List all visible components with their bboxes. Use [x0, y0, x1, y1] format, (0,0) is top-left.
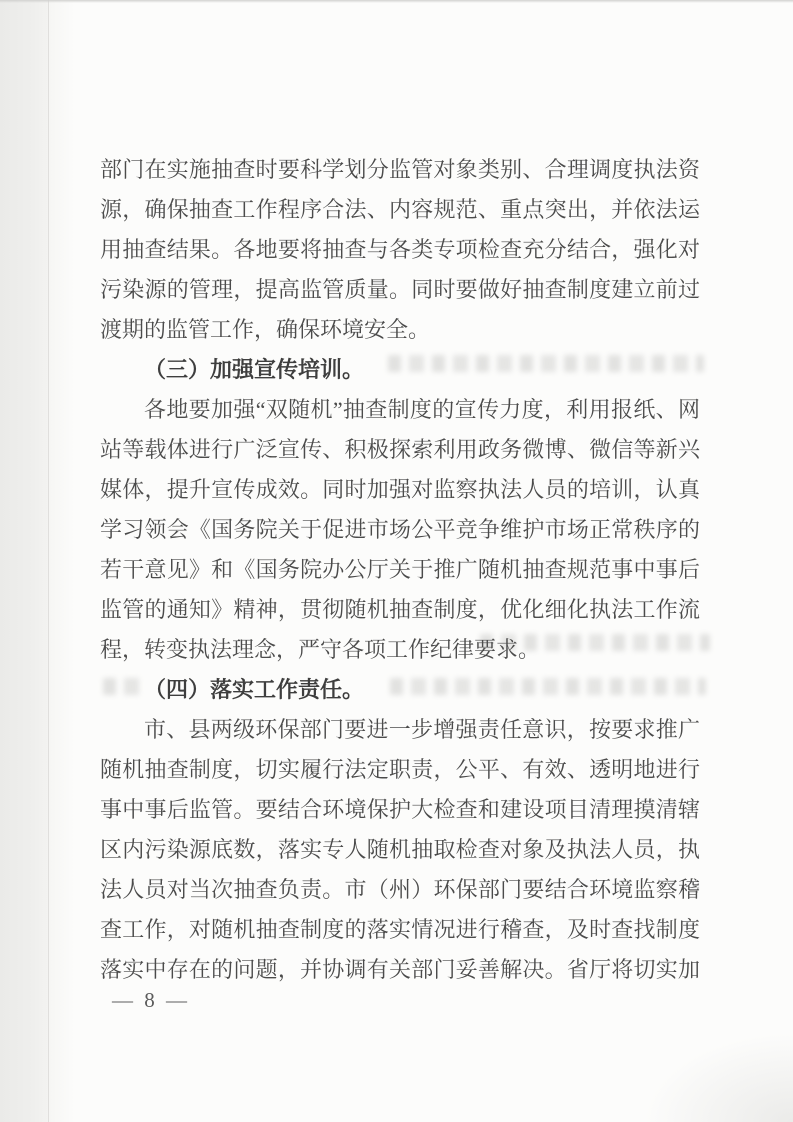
scan-corner-noise — [643, 1032, 793, 1122]
text-line: 法人员对当次抽查负责。市（州）环保部门要结合环境监察稽 — [100, 870, 700, 910]
section-heading-4: （四）落实工作责任。 — [100, 670, 700, 710]
text-line: 事中事后监管。要结合环境保护大检查和建设项目清理摸清辖 — [100, 790, 700, 830]
text-line: 用抽查结果。各地要将抽查与各类专项检查充分结合，强化对 — [100, 230, 700, 270]
scanned-document-page: 部门在实施抽查时要科学划分监管对象类别、合理调度执法资 源，确保抽查工作程序合法… — [0, 0, 793, 1122]
text-line: 程，转变执法理念，严守各项工作纪律要求。 — [100, 630, 700, 670]
text-line: 若干意见》和《国务院办公厅关于推广随机抽查规范事中事后 — [100, 550, 700, 590]
document-body: 部门在实施抽查时要科学划分监管对象类别、合理调度执法资 源，确保抽查工作程序合法… — [100, 150, 700, 990]
text-line: 随机抽查制度，切实履行法定职责，公平、有效、透明地进行 — [100, 750, 700, 790]
scan-left-edge-shadow — [0, 0, 49, 1122]
paragraph-continuation: 部门在实施抽查时要科学划分监管对象类别、合理调度执法资 源，确保抽查工作程序合法… — [100, 150, 700, 350]
scan-left-edge-fade — [49, 0, 75, 1122]
text-line: 站等载体进行广泛宣传、积极探索利用政务微博、微信等新兴 — [100, 430, 700, 470]
text-line: 污染源的管理，提高监管质量。同时要做好抽查制度建立前过 — [100, 270, 700, 310]
text-line: 查工作，对随机抽查制度的落实情况进行稽查，及时查找制度 — [100, 910, 700, 950]
text-line: 学习领会《国务院关于促进市场公平竞争维护市场正常秩序的 — [100, 510, 700, 550]
text-line: 媒体，提升宣传成效。同时加强对监察执法人员的培训，认真 — [100, 470, 700, 510]
text-line: 渡期的监管工作，确保环境安全。 — [100, 310, 700, 350]
scan-top-edge-shadow — [0, 0, 793, 3]
text-line: 市、县两级环保部门要进一步增强责任意识，按要求推广 — [100, 710, 700, 750]
paragraph-publicity-training: 各地要加强“双随机”抽查制度的宣传力度，利用报纸、网 站等载体进行广泛宣传、积极… — [100, 390, 700, 670]
text-line: 部门在实施抽查时要科学划分监管对象类别、合理调度执法资 — [100, 150, 700, 190]
section-heading-3: （三）加强宣传培训。 — [100, 350, 700, 390]
text-line: 源，确保抽查工作程序合法、内容规范、重点突出，并依法运 — [100, 190, 700, 230]
paragraph-work-responsibility: 市、县两级环保部门要进一步增强责任意识，按要求推广 随机抽查制度，切实履行法定职… — [100, 710, 700, 990]
text-line: 监管的通知》精神，贯彻随机抽查制度，优化细化执法工作流 — [100, 590, 700, 630]
text-line: 各地要加强“双随机”抽查制度的宣传力度，利用报纸、网 — [100, 390, 700, 430]
text-line: 区内污染源底数，落实专人随机抽取检查对象及执法人员，执 — [100, 830, 700, 870]
text-line: 落实中存在的问题，并协调有关部门妥善解决。省厅将切实加 — [100, 950, 700, 990]
heading-line: （三）加强宣传培训。 — [100, 350, 700, 390]
page-number: — 8 — — [112, 988, 190, 1013]
heading-line: （四）落实工作责任。 — [100, 670, 700, 710]
